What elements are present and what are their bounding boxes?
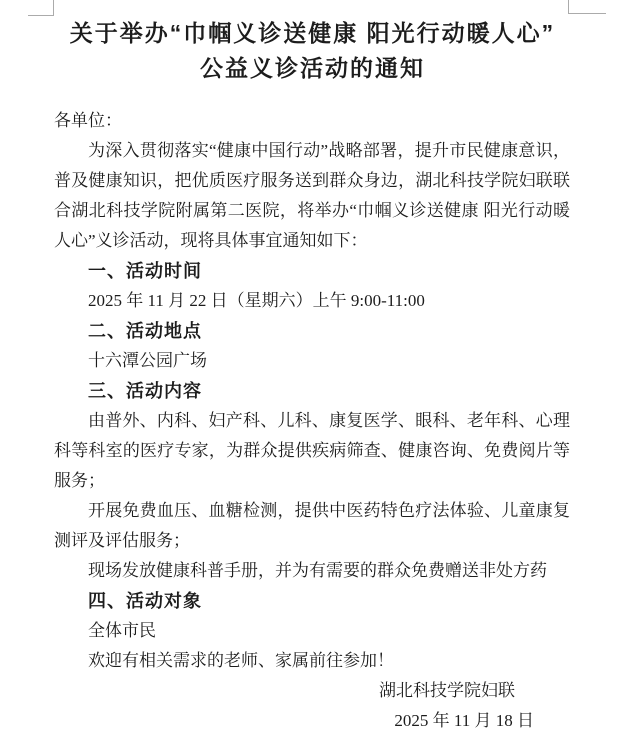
para-block: 现场发放健康科普手册，并为有需要的群众免费赠送非处方药品。	[54, 556, 570, 586]
document-page: 关于举办“巾帼义诊送健康 阳光行动暖人心” 公益义诊活动的通知 各单位：为深入贯…	[0, 0, 625, 741]
signature-block: 湖北科技学院妇联	[54, 676, 570, 706]
text-line: 合湖北科技学院附属第二医院，将举办“巾帼义诊送健康 阳光行动暖	[54, 196, 570, 226]
para-block: 为深入贯彻落实“健康中国行动”战略部署，提升市民健康意识，普及健康知识，把优质医…	[54, 136, 570, 256]
para-block: 2025 年 11 月 22 日（星期六）上午 9:00-11:00	[54, 286, 570, 316]
para-block: 欢迎有相关需求的老师、家属前往参加！	[54, 646, 570, 676]
text-line: 各单位：	[54, 106, 570, 136]
text-line: 为深入贯彻落实“健康中国行动”战略部署，提升市民健康意识，	[54, 136, 570, 166]
title-line-2: 公益义诊活动的通知	[0, 51, 625, 86]
text-line: 科等科室的医疗专家，为群众提供疾病筛查、健康咨询、免费阅片等	[54, 436, 570, 466]
text-boundary-mark-top-left	[28, 0, 54, 16]
text-line: 2025 年 11 月 18 日	[54, 706, 570, 736]
heading-block: 四、活动对象	[54, 586, 570, 616]
text-line: 湖北科技学院妇联	[54, 676, 570, 706]
text-line: 测评及评估服务；	[54, 526, 570, 556]
text-line: 2025 年 11 月 22 日（星期六）上午 9:00-11:00	[54, 286, 570, 316]
salutation-block: 各单位：	[54, 106, 570, 136]
heading-block: 二、活动地点	[54, 316, 570, 346]
text-line: 开展免费血压、血糖检测，提供中医药特色疗法体验、儿童康复	[54, 496, 570, 526]
section-heading: 三、活动内容	[54, 376, 570, 406]
para-block: 全体市民	[54, 616, 570, 646]
section-heading: 一、活动时间	[54, 256, 570, 286]
title-line-1: 关于举办“巾帼义诊送健康 阳光行动暖人心”	[0, 16, 625, 51]
text-line: 普及健康知识，把优质医疗服务送到群众身边，湖北科技学院妇联联	[54, 166, 570, 196]
text-line: 由普外、内科、妇产科、儿科、康复医学、眼科、老年科、心理	[54, 406, 570, 436]
document-body: 各单位：为深入贯彻落实“健康中国行动”战略部署，提升市民健康意识，普及健康知识，…	[54, 106, 570, 736]
date-block: 2025 年 11 月 18 日	[54, 706, 570, 736]
section-heading: 二、活动地点	[54, 316, 570, 346]
text-line: 全体市民	[54, 616, 570, 646]
text-line: 欢迎有相关需求的老师、家属前往参加！	[54, 646, 570, 676]
heading-block: 三、活动内容	[54, 376, 570, 406]
section-heading: 四、活动对象	[54, 586, 570, 616]
document-title: 关于举办“巾帼义诊送健康 阳光行动暖人心” 公益义诊活动的通知	[0, 0, 625, 86]
text-boundary-mark-top-right	[568, 0, 606, 14]
text-line: 人心”义诊活动，现将具体事宜通知如下：	[54, 226, 570, 256]
text-line: 服务；	[54, 466, 570, 496]
heading-block: 一、活动时间	[54, 256, 570, 286]
text-line: 十六潭公园广场	[54, 346, 570, 376]
para-block: 由普外、内科、妇产科、儿科、康复医学、眼科、老年科、心理科等科室的医疗专家，为群…	[54, 406, 570, 496]
para-block: 开展免费血压、血糖检测，提供中医药特色疗法体验、儿童康复测评及评估服务；	[54, 496, 570, 556]
para-block: 十六潭公园广场	[54, 346, 570, 376]
text-line: 现场发放健康科普手册，并为有需要的群众免费赠送非处方药品。	[54, 556, 570, 586]
